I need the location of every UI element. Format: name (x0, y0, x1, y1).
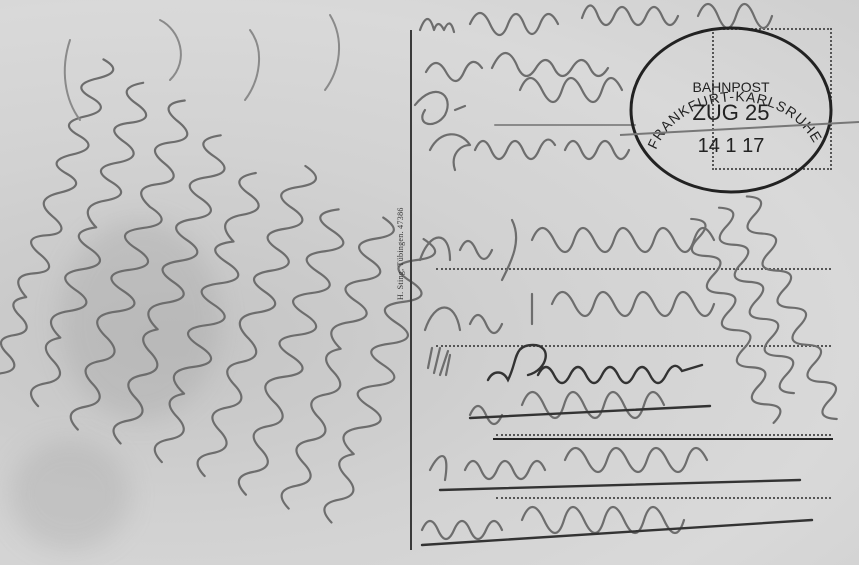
postmark-center-label: BAHNPOST (692, 79, 769, 95)
postmark: FRANKFURT-KARLSRUHE-BASEL BAHNPOST ZUG 2… (0, 0, 859, 192)
postmark-train: ZUG 25 (692, 100, 769, 125)
svg-text:FRANKFURT-KARLSRUHE-BASEL: FRANKFURT-KARLSRUHE-BASEL (0, 0, 826, 151)
postmark-date: 14 1 17 (698, 135, 765, 157)
address-handwriting: FRANKFURT-KARLSRUHE-BASEL BAHNPOST ZUG 2… (0, 0, 859, 565)
postmark-ring-text: FRANKFURT-KARLSRUHE-BASEL (0, 0, 826, 151)
postcard-back: H. Sting, Tübingen. 47386 (0, 0, 859, 565)
